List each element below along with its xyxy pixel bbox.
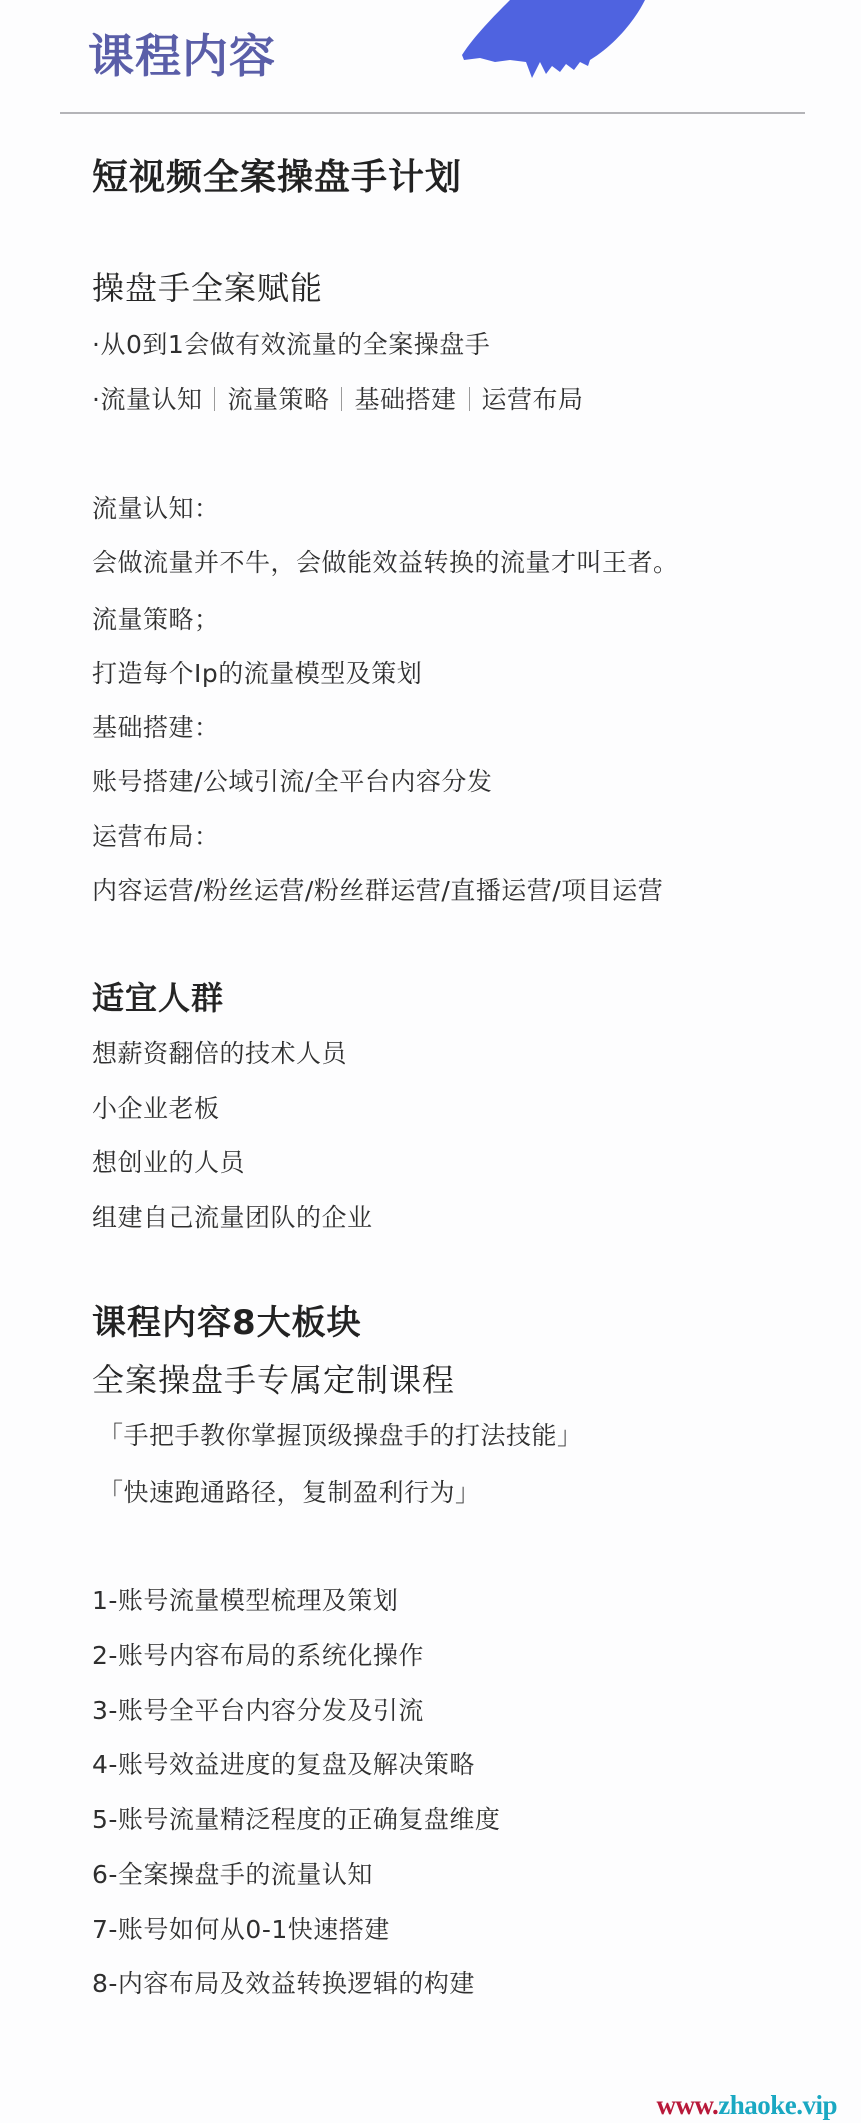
detail-label: 基础搭建： bbox=[92, 715, 220, 740]
watermark: www.zhaoke.vip bbox=[656, 2092, 837, 2119]
detail-text: 打造每个Ip的流量模型及策划 bbox=[92, 661, 422, 686]
detail-text: 账号搭建/公域引流/全平台内容分发 bbox=[92, 769, 492, 794]
empowerment-bullet-2: ·流量认知流量策略基础搭建运营布局 bbox=[92, 387, 584, 412]
modules-quote-2: 「快速跑通路径，复制盈利行为」 bbox=[98, 1480, 481, 1505]
module-item: 5-账号流量精泛程度的正确复盘维度 bbox=[92, 1807, 500, 1832]
audience-item: 想创业的人员 bbox=[92, 1150, 245, 1175]
topic-traffic-strategy: 流量策略 bbox=[227, 385, 329, 414]
brush-stroke-decoration bbox=[440, 0, 655, 85]
modules-subheading: 全案操盘手专属定制课程 bbox=[92, 1364, 455, 1396]
separator bbox=[214, 387, 215, 411]
module-item: 4-账号效益进度的复盘及解决策略 bbox=[92, 1752, 475, 1777]
audience-item: 小企业老板 bbox=[92, 1096, 220, 1121]
modules-heading: 课程内容8大板块 bbox=[92, 1306, 362, 1340]
separator bbox=[341, 387, 342, 411]
empowerment-bullet-1: ·从0到1会做有效流量的全案操盘手 bbox=[92, 332, 490, 357]
watermark-prefix: www. bbox=[656, 2090, 718, 2120]
module-item: 8-内容布局及效益转换逻辑的构建 bbox=[92, 1971, 475, 1996]
separator bbox=[469, 387, 470, 411]
audience-heading: 适宜人群 bbox=[92, 982, 224, 1014]
detail-text: 会做流量并不牛，会做能效益转换的流量才叫王者。 bbox=[92, 550, 679, 575]
module-item: 3-账号全平台内容分发及引流 bbox=[92, 1698, 424, 1723]
topic-traffic-cognition: 流量认知 bbox=[100, 385, 202, 414]
detail-label: 流量认知： bbox=[92, 496, 220, 521]
topic-operations: 运营布局 bbox=[482, 385, 584, 414]
module-item: 7-账号如何从0-1快速搭建 bbox=[92, 1917, 390, 1942]
modules-quote-1: 「手把手教你掌握顶级操盘手的打法技能」 bbox=[98, 1423, 583, 1448]
program-title: 短视频全案操盘手计划 bbox=[92, 160, 462, 196]
watermark-domain: zhaoke.vip bbox=[718, 2090, 837, 2120]
module-item: 6-全案操盘手的流量认知 bbox=[92, 1862, 373, 1887]
page-title: 课程内容 bbox=[88, 33, 276, 79]
detail-text: 内容运营/粉丝运营/粉丝群运营/直播运营/项目运营 bbox=[92, 878, 663, 903]
module-item: 1-账号流量模型梳理及策划 bbox=[92, 1588, 398, 1613]
header-divider bbox=[60, 112, 805, 114]
audience-item: 想薪资翻倍的技术人员 bbox=[92, 1041, 347, 1066]
detail-label: 流量策略； bbox=[92, 607, 220, 632]
audience-item: 组建自己流量团队的企业 bbox=[92, 1205, 373, 1230]
module-item: 2-账号内容布局的系统化操作 bbox=[92, 1643, 424, 1668]
topic-infrastructure: 基础搭建 bbox=[354, 385, 456, 414]
empowerment-heading: 操盘手全案赋能 bbox=[92, 272, 323, 304]
detail-label: 运营布局： bbox=[92, 824, 220, 849]
